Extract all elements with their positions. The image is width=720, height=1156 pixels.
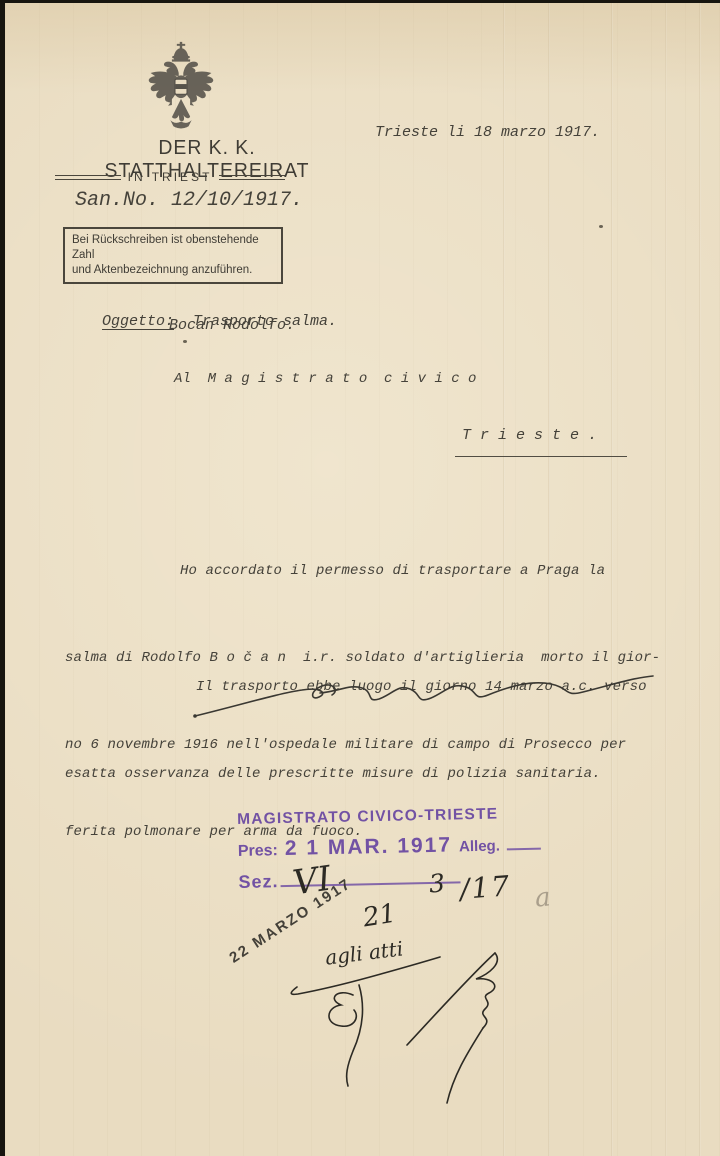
handwritten-file-number: 3 xyxy=(428,868,446,898)
body-line: esatta osservanza delle prescritte misur… xyxy=(65,760,685,789)
subject-label: Oggetto: xyxy=(102,313,174,330)
double-rule-left xyxy=(55,175,121,180)
imperial-double-eagle-crest-icon xyxy=(143,41,219,137)
body-line: Ho accordato il permesso di trasportare … xyxy=(65,557,685,586)
recipient-line1: Al M a g i s t r a t o c i v i c o xyxy=(174,371,476,387)
return-note-box: Bei Rückschreiben ist obenstehende Zahl … xyxy=(63,227,283,284)
stamp-alleg-label: Alleg. xyxy=(459,838,500,856)
handwritten-file-suffix: /17 xyxy=(459,869,512,905)
dateline: Trieste li 18 marzo 1917. xyxy=(375,124,600,141)
official-signature xyxy=(170,663,670,727)
reference-number: San.No. 12/10/1917. xyxy=(75,189,303,212)
paper-crease xyxy=(699,3,701,1156)
alleg-fill-line xyxy=(507,848,541,851)
clerk-initials-flourish xyxy=(255,943,515,1118)
stamp-sez-label: Sez. xyxy=(238,871,278,893)
document-paper: DER K. K. STATTHALTEREIRAT IN TRIEST San… xyxy=(5,3,720,1156)
double-rule-right xyxy=(219,175,285,180)
stamp-pres-row: Pres: 2 1 MAR. 1917 Alleg. xyxy=(238,832,542,862)
handwritten-day-number: 21 xyxy=(361,899,398,934)
recipient-underline xyxy=(455,456,627,457)
stamp-pres-label: Pres: xyxy=(238,842,278,861)
ink-speck xyxy=(599,225,603,228)
pencil-note: a xyxy=(534,882,552,913)
subject-person: Bocan Rodolfo. xyxy=(169,317,295,334)
note-box-line2: und Aktenbezeichnung anzuführen. xyxy=(72,263,274,278)
letterhead-rule-row: IN TRIEST xyxy=(55,170,285,184)
note-box-line1: Bei Rückschreiben ist obenstehende Zahl xyxy=(72,233,274,263)
recipient-line2: T r i e s t e . xyxy=(462,427,597,444)
scanned-document-page: { "document": { "letterhead": { "crest_i… xyxy=(0,0,720,1156)
stamp-pres-date: 2 1 MAR. 1917 xyxy=(285,834,453,861)
handwritten-sez-value: VI xyxy=(290,859,333,904)
letterhead-org-location: IN TRIEST xyxy=(128,170,213,184)
